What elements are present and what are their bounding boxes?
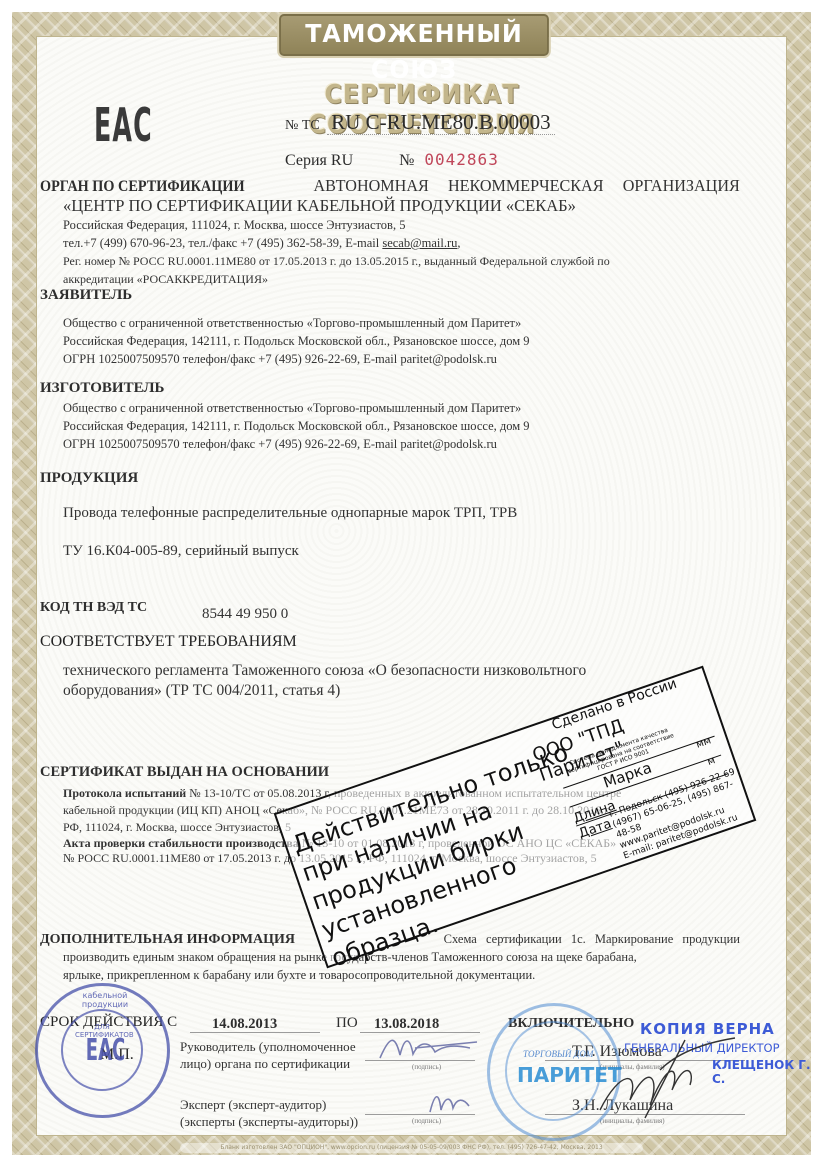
customs-union-banner: ТАМОЖЕННЫЙ СОЮЗ [279, 14, 549, 56]
applicant-line-1: Общество с ограниченной ответственностью… [63, 314, 760, 332]
tag-mm-field: мм [695, 735, 713, 750]
applicant-section: ЗАЯВИТЕЛЬ Общество с ограниченной ответс… [40, 287, 760, 368]
certification-body-reg-2: аккредитации «РОСАККРЕДИТАЦИЯ» [63, 270, 740, 288]
series-label: Серия RU [285, 152, 353, 169]
expert-label-line-1: Эксперт (эксперт-аудитор) [180, 1096, 358, 1113]
certification-body-contacts: тел.+7 (499) 670-96-23, тел./факс +7 (49… [63, 234, 740, 252]
expert-label: Эксперт (эксперт-аудитор) (эксперты (экс… [180, 1096, 358, 1130]
certificate-number: № ТС RU C-RU.ME80.B.00003 [285, 110, 555, 135]
applicant-line-3: ОГРН 1025007509570 телефон/факс +7 (495)… [63, 350, 760, 368]
manufacturer-heading: ИЗГОТОВИТЕЛЬ [40, 380, 760, 397]
tn-ved-section: КОД ТН ВЭД ТС 8544 49 950 0 [40, 598, 760, 616]
certificate-series: Серия RU № 0042863 [285, 150, 499, 170]
printer-note: Бланк изготовлен ЗАО "ОПЦИОН", www.opcio… [180, 1143, 643, 1153]
certification-body-stamp: ДЛЯ СЕРТИФИКАТОВ ЕАС кабельной продукции [35, 983, 170, 1118]
manufacturer-line-3: ОГРН 1025007509570 телефон/факс +7 (495)… [63, 435, 760, 453]
protocol-label: Протокола испытаний [63, 786, 186, 800]
certification-body-phones: тел.+7 (499) 670-96-23, тел./факс +7 (49… [63, 236, 379, 250]
tn-ved-heading: КОД ТН ВЭД ТС [40, 600, 147, 615]
certification-body-section: ОРГАН ПО СЕРТИФИКАЦИИ АВТОНОМНАЯ НЕКОММЕ… [40, 176, 740, 288]
eac-logo-icon: ЕАС [94, 98, 153, 152]
act-label: Акта проверки стабильности производства [63, 836, 299, 850]
expert-label-line-2: (эксперты (эксперты-аудиторы)) [180, 1113, 358, 1130]
additional-info-line-3: ярлыке, прикрепленном к барабану или бух… [63, 966, 740, 984]
certification-body-address: Российская Федерация, 111024, г. Москва,… [63, 216, 740, 234]
stamp-top-text: кабельной продукции [75, 991, 135, 1009]
director-signature-icon [590, 1030, 740, 1120]
compliance-heading: СООТВЕТСТВУЕТ ТРЕБОВАНИЯМ [40, 633, 760, 651]
tn-ved-code: 8544 49 950 0 [202, 604, 288, 624]
product-heading: ПРОДУКЦИЯ [40, 470, 760, 487]
manufacturer-line-2: Российская Федерация, 142111, г. Подольс… [63, 417, 760, 435]
certification-body-name-1: АВТОНОМНАЯ НЕКОММЕРЧЕСКАЯ ОРГАНИЗАЦИЯ [314, 176, 740, 196]
additional-info-line-1: Схема сертификации 1с. Маркирование прод… [444, 930, 740, 948]
head-label-line-2: лицо) органа по сертификации [180, 1055, 356, 1072]
number-label: № ТС [285, 118, 320, 133]
additional-info-heading: ДОПОЛНИТЕЛЬНАЯ ИНФОРМАЦИЯ [40, 932, 295, 948]
certification-body-name-2: «ЦЕНТР ПО СЕРТИФИКАЦИИ КАБЕЛЬНОЙ ПРОДУКЦ… [63, 196, 740, 216]
validity-date-from: 14.08.2013 [212, 1016, 277, 1033]
compliance-line-1: технического регламента Таможенного союз… [63, 661, 760, 681]
head-signatory-label: Руководитель (уполномоченное лицо) орган… [180, 1038, 356, 1072]
expert-signature-caption: (подпись) [412, 1117, 441, 1125]
number-value: RU C-RU.ME80.B.00003 [327, 110, 554, 135]
series-no-value: 0042863 [424, 150, 498, 169]
product-section: ПРОДУКЦИЯ Провода телефонные распределит… [40, 470, 760, 561]
certification-body-reg-1: Рег. номер № РОСС RU.0001.11МЕ80 от 17.0… [63, 252, 740, 270]
certification-body-email-link[interactable]: secab@mail.ru [382, 236, 457, 250]
certification-body-heading: ОРГАН ПО СЕРТИФИКАЦИИ [40, 178, 245, 196]
product-name: Провода телефонные распределительные одн… [63, 503, 760, 523]
head-signature-caption: (подпись) [412, 1063, 441, 1071]
manufacturer-section: ИЗГОТОВИТЕЛЬ Общество с ограниченной отв… [40, 380, 760, 453]
company-stamp-top: ТОРГОВЫЙ ДОМ [523, 1049, 593, 1059]
series-no-label: № [399, 152, 414, 169]
applicant-line-2: Российская Федерация, 142111, г. Подольс… [63, 332, 760, 350]
manufacturer-line-1: Общество с ограниченной ответственностью… [63, 399, 760, 417]
validity-to-label: ПО [336, 1015, 358, 1032]
product-spec: ТУ 16.К04-005-89, серийный выпуск [63, 541, 760, 561]
head-signature-icon [375, 1030, 485, 1064]
stamp-eac-icon: ЕАС [86, 1033, 118, 1068]
applicant-heading: ЗАЯВИТЕЛЬ [40, 287, 760, 304]
expert-signature-icon [425, 1088, 475, 1116]
head-label-line-1: Руководитель (уполномоченное [180, 1038, 356, 1055]
